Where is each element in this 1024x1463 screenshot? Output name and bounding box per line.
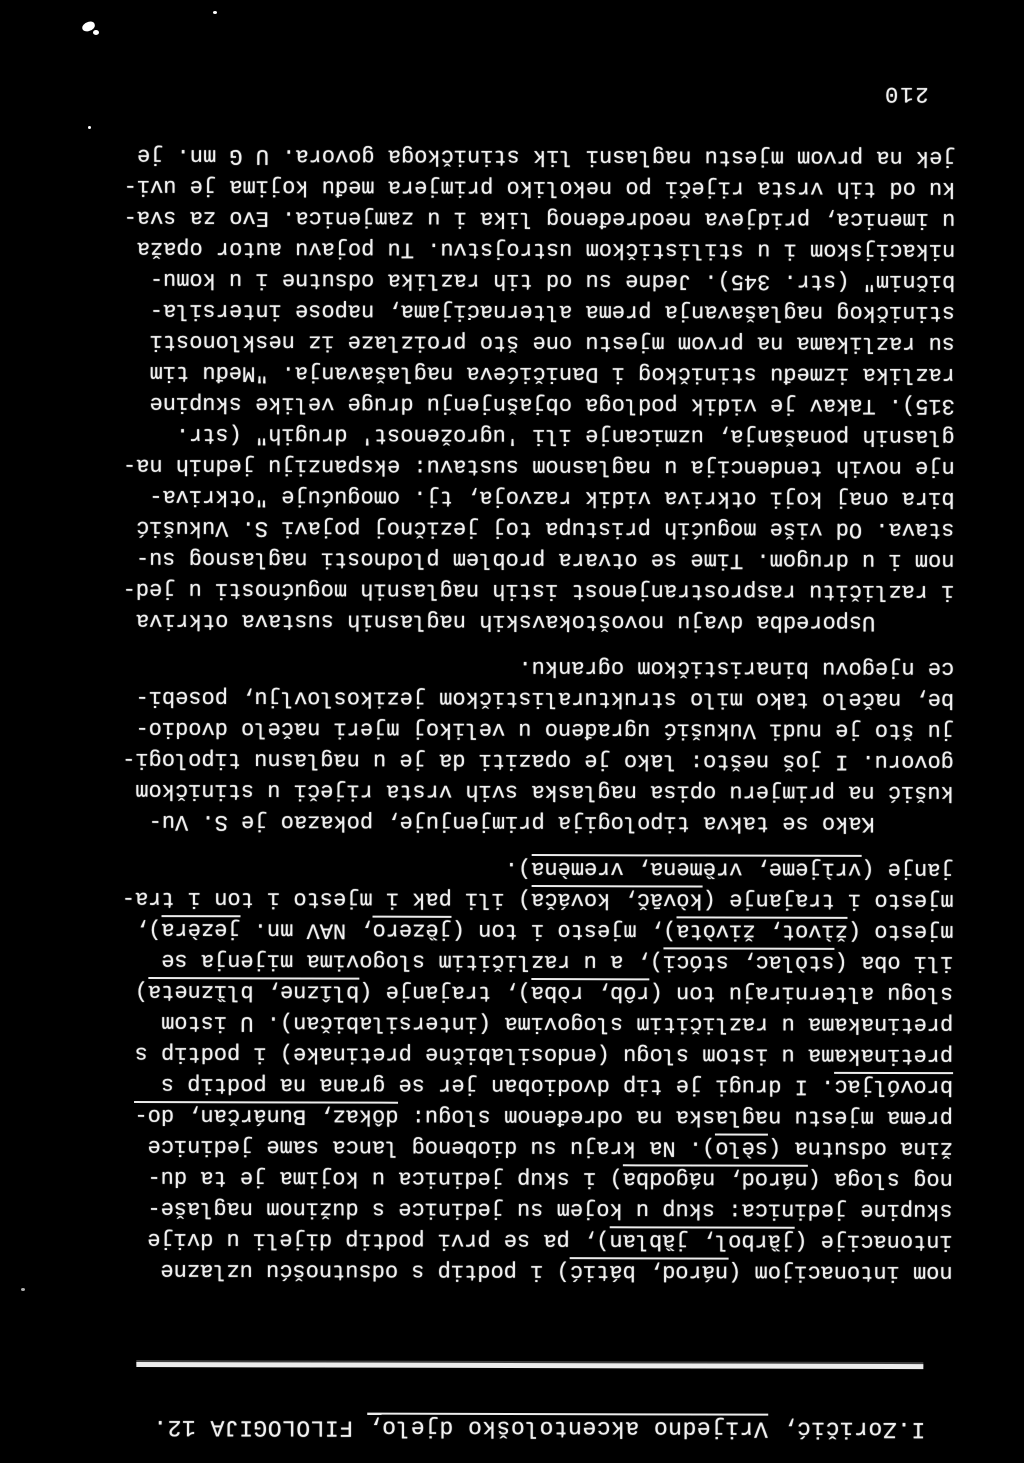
text-segment: Usporedba dvaju novoštokavskih naglasnih… (136, 608, 875, 635)
body-text: nom intonacijom (národ, bátić) i podtip … (121, 140, 956, 1288)
text-segment: razlika između stiničkog i Daničićeva na… (150, 360, 955, 387)
body-line: bira onaj koji otkriva vidik razvoja, tj… (123, 481, 955, 514)
text-segment: mjesto i trajanje ( (703, 887, 954, 913)
body-line: nje novih tendencija u naglasnom sustavu… (123, 450, 955, 483)
underlined-example-text: národ, bátić (570, 1257, 729, 1284)
body-line: ju što je nudi Vukušić ugrađeno u veliko… (122, 713, 954, 746)
body-line: jek na prvom mjestu naglasni lik stiničk… (124, 140, 956, 173)
underlined-example-text: stòlac, stóci (663, 947, 835, 974)
underlined-example-text: národ, nágodba (623, 1164, 808, 1191)
text-segment: ), trajanje ( (359, 980, 531, 1005)
body-line: razlika između stiničkog i Daničićeva na… (123, 357, 955, 390)
body-line: stava. Od više mogućih pristupa toj jezi… (123, 512, 955, 545)
underlined-example-text: brovóljac (834, 1072, 953, 1099)
text-segment: nje novih tendencija u naglasnom sustavu… (123, 453, 955, 480)
text-segment: pretinakama u istom slogu (endosilabične… (135, 1041, 954, 1068)
header-rule (136, 1362, 923, 1369)
text-segment: janje ( (861, 857, 953, 882)
text-segment: bičnim" (str. 345). Jedne su od tih razl… (150, 267, 955, 294)
rotated-page-content: I.Zoričić, Vrijedno akcentološko djelo, … (0, 0, 1024, 1463)
text-segment: skupine jedinica: skup u kojem su jedini… (147, 1196, 952, 1223)
body-line: slogu alterniraju ton (rôb, ròba), traja… (122, 976, 954, 1009)
body-line: su razlikama na prvom mjestu one što pro… (123, 326, 955, 359)
text-segment: nom intonacijom ( (728, 1260, 953, 1286)
text-segment: slogu alterniraju ton ( (650, 980, 954, 1006)
text-segment: FILOLOGIJA 12. (153, 1414, 368, 1441)
text-segment: ili oba ( (835, 950, 954, 975)
text-segment: su razlikama na prvom mjestu one što pro… (150, 329, 955, 356)
body-line: ce njegovu binarističkom ogranku. (122, 651, 954, 684)
underlined-example-text: blîzne, blȉzneta (148, 977, 359, 1005)
text-segment: ), mjesto i ton ( (452, 918, 677, 944)
scan-speck (93, 30, 99, 35)
body-line-paragraph-start: Kako se takva tipologija primjenjuje, po… (122, 806, 954, 839)
scan-speck (88, 126, 91, 129)
text-segment: ) ili pak i mjesto i ton i tra- (122, 886, 531, 912)
text-segment: ce njegovu binarističkom ogranku. (518, 655, 954, 681)
underlined-example-text: sèlo (715, 1134, 768, 1161)
text-segment: glasnih ponašanja, uzmicanje ili 'ugrože… (176, 422, 955, 449)
text-segment: ). Na kraju su diobenog lanca same jedin… (148, 1134, 716, 1160)
text-segment: kušić na primjeru opisa naglaska svih vr… (135, 778, 954, 805)
text-segment: ku od tih vrsta riječi po nekoliko primj… (124, 174, 956, 201)
text-segment: žina odsutna ( (768, 1136, 953, 1161)
body-line: ili oba (stòlac, stóci), a u različitim … (122, 945, 954, 978)
running-header: I.Zoričić, Vrijedno akcentološko djelo, … (153, 1414, 925, 1442)
underlined-example-text: žìvot, živòta (676, 916, 848, 943)
text-segment: ), a u različitim slogovima mijenja se (161, 948, 663, 974)
underlined-example-text: kòvāč, kováča (531, 885, 703, 912)
text-segment: , NAV mn. (240, 917, 372, 942)
underlined-example-text: vrìjeme, vrȅmena, vremèna (531, 854, 861, 882)
text-segment: I.Zoričić, (768, 1416, 925, 1442)
body-line: glasnih ponašanja, uzmicanje ili 'ugrože… (123, 419, 955, 452)
text-segment: intonacije ( (794, 1229, 953, 1254)
text-segment: i različitu rasprostranjenost istih nagl… (123, 577, 955, 604)
body-line: kušić na primjeru opisa naglaska svih vr… (122, 775, 954, 808)
text-segment: 315). Takav je vidik podloga objašnjenju… (149, 391, 954, 418)
body-line: žina odsutna (sèlo). Na kraju su diobeno… (121, 1131, 953, 1164)
body-line: be, načelo tako milo strukturalističkom … (122, 682, 954, 715)
body-line: 315). Takav je vidik podloga objašnjenju… (123, 388, 955, 421)
text-segment: govoru. I još nešto: lako je opaziti da … (122, 747, 954, 774)
underlined-example-text: Vrijedno akcentološko djelo, (367, 1413, 768, 1442)
body-line: i različitu rasprostranjenost istih nagl… (123, 574, 955, 607)
text-segment: jek na prvom mjestu naglasni lik stiničk… (137, 143, 956, 170)
body-line: pretinakama u različitim slogovima (inte… (121, 1007, 953, 1040)
body-line: govoru. I još nešto: lako je opaziti da … (122, 744, 954, 777)
underlined-example-text: rôb, ròba (531, 978, 650, 1005)
text-segment: be, načelo tako milo strukturalističkom … (136, 685, 955, 712)
text-segment: ) i skup jedinica u kojima je ta du- (147, 1165, 622, 1191)
text-segment: pretinakama u različitim slogovima (inte… (161, 1010, 953, 1037)
text-segment: . I drugi je tip dvodioban jer se grana … (161, 1072, 834, 1099)
text-segment: bira onaj koji otkriva vidik razvoja, tj… (149, 484, 954, 511)
text-segment: ). (505, 856, 531, 881)
underlined-example-text: jezèra (161, 915, 240, 942)
text-segment: nom i u drugom. Time se otvara problem p… (136, 546, 955, 573)
body-line: intonacije (jȁrbol, jȁblan), pa se prvi … (121, 1224, 953, 1257)
body-line-paragraph-start: Usporedba dvaju novoštokavskih naglasnih… (122, 605, 954, 638)
scan-speck (468, 318, 471, 320)
body-line: janje (vrìjeme, vrȅmena, vremèna). (122, 852, 954, 885)
body-line: nom i u drugom. Time se otvara problem p… (123, 543, 955, 576)
body-line: nog sloga (národ, nágodba) i skup jedini… (121, 1162, 953, 1195)
scan-speck (21, 1288, 25, 1291)
text-segment: ) i podtip s odsutnošću uzlazne (160, 1258, 569, 1284)
body-line: brovóljac. I drugi je tip dvodioban jer … (121, 1069, 953, 1102)
text-segment: nikacijskom i u stilističkom ustrojstvu.… (137, 236, 956, 263)
body-line: skupine jedinica: skup u kojem su jedini… (121, 1193, 953, 1226)
scanned-page: I.Zoričić, Vrijedno akcentološko djelo, … (0, 0, 1024, 1463)
underlined-example-text: jȅzero (373, 916, 452, 943)
text-segment: mjesto ( (848, 919, 954, 944)
body-line: nom intonacijom (národ, bátić) i podtip … (121, 1255, 953, 1288)
underlined-example-text: jȁrbol, jȁblan (609, 1226, 794, 1253)
text-segment: ) (135, 979, 148, 1004)
page-number: 210 (883, 81, 929, 106)
text-segment: nog sloga ( (808, 1167, 953, 1192)
scan-speck (213, 11, 217, 14)
text-segment: stava. Od više mogućih pristupa toj jezi… (136, 515, 955, 542)
body-line: bičnim" (str. 345). Jedne su od tih razl… (123, 264, 955, 297)
body-line: prema mjestu naglaska na određenom slogu… (121, 1100, 953, 1133)
text-segment: prema mjestu naglaska na određenom slogu… (398, 1104, 953, 1130)
body-line: stiničkog naglašavanja prema alternacija… (123, 295, 955, 328)
body-line: nikacijskom i u stilističkom ustrojstvu.… (123, 233, 955, 266)
text-segment: u imenica, pridjeva neodređenog lika i u… (124, 205, 956, 232)
text-segment: ), (135, 917, 161, 942)
body-line: pretinakama u istom slogu (endosilabične… (121, 1038, 953, 1071)
underlined-example-text: dôkaz, Bunárčan, do- (134, 1101, 398, 1129)
body-line: mjesto (žìvot, živòta), mjesto i ton (jȅ… (122, 914, 954, 947)
text-segment: ), pa se prvi podtip dijeli u dvije (147, 1227, 609, 1253)
text-segment: stiničkog naglašavanja prema alternacija… (150, 298, 955, 325)
body-line: mjesto i trajanje (kòvāč, kováča) ili pa… (122, 883, 954, 916)
body-line: ku od tih vrsta riječi po nekoliko primj… (124, 171, 956, 204)
text-segment: ju što je nudi Vukušić ugrađeno u veliko… (135, 716, 954, 743)
body-line: u imenica, pridjeva neodređenog lika i u… (124, 202, 956, 235)
text-segment: Kako se takva tipologija primjenjuje, po… (149, 809, 875, 836)
